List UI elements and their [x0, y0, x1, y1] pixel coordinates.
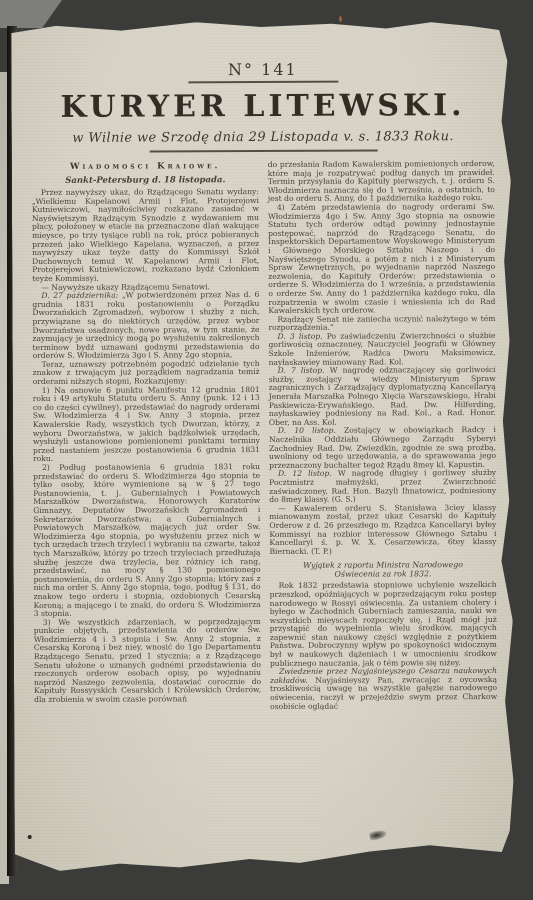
dateline-rule	[149, 149, 377, 152]
paragraph: — Kawalerem orderu S. Stanisława 3ciey k…	[269, 504, 496, 557]
paragraph-text: W nagrodę odznaczającey się gorliwości s…	[269, 365, 496, 427]
ink-dot	[28, 835, 32, 839]
left-column: Wiadomości Kraiowe. Sankt-Petersburg d. …	[32, 161, 261, 705]
issue-number: N° 141	[31, 59, 494, 80]
paragraph: 2) Podług postanowienia 6 grudnia 1831 r…	[33, 463, 261, 619]
issue-number-rule	[188, 81, 338, 84]
paragraph: D. 12 listop. W nagrodę długiey i gorliw…	[269, 469, 496, 504]
paragraph: D. 7 listop. W nagrodę odznaczającey się…	[269, 366, 496, 427]
paragraph: D. 3 listop. Po zaświadczeniu Zwierzchno…	[268, 332, 495, 367]
paragraph: 4) Zatém przedstawienia do nagrody order…	[268, 203, 495, 316]
paragraph: D. 10 listop. Zostający w obowiązkach Ra…	[269, 426, 496, 470]
paragraph: Rok 1832 przedstawia stopniowe uchylenie…	[270, 581, 497, 668]
newspaper-title: KURYER LITEWSKI.	[31, 88, 494, 125]
paragraph: 3) We wszystkich zdarzeniach, w poprzedz…	[34, 618, 261, 705]
report-subheading: Wyjątek z raportu Ministra Narodowego Oś…	[283, 560, 482, 579]
scanned-newspaper-page: { "scan": { "background_color": "#3b3b39…	[0, 0, 533, 900]
text-columns: Wiadomości Kraiowe. Sankt-Petersburg d. …	[32, 160, 497, 712]
paragraph: Przez naywyższy ukaz, do Rządzącego Sena…	[32, 188, 259, 284]
paragraph: D. 27 października: „W potwierdzoném prz…	[32, 291, 259, 361]
place-date-heading: Sankt-Petersburg d. 18 listopada.	[32, 175, 259, 186]
masthead: N° 141 KURYER LITEWSKI. w Wilnie we Srzo…	[31, 59, 494, 153]
section-heading: Wiadomości Kraiowe.	[32, 161, 259, 172]
right-column: do przesłania Radom Kawalerskim pomienio…	[268, 160, 497, 711]
paragraph-text: „W potwierdzoném przez Nas d. 6 grudnia …	[32, 290, 259, 360]
paragraph: Teraz, uznawszy potrzebném pogodzić udzi…	[33, 360, 260, 387]
scanner-corner-patch	[0, 0, 62, 28]
edition-dateline: w Wilnie we Srzodę dnia 29 Listopada v. …	[32, 129, 495, 146]
paragraph: 1) Na osnowie 6 punktu Manifestu 12 grud…	[33, 386, 260, 464]
page-content: N° 141 KURYER LITEWSKI. w Wilnie we Srzo…	[11, 21, 513, 712]
paragraph-continuation: do przesłania Radom Kawalerskim pomienio…	[268, 160, 495, 204]
newspaper-sheet: N° 141 KURYER LITEWSKI. w Wilnie we Srzo…	[11, 21, 514, 879]
ink-smudge	[369, 829, 388, 841]
rust-stain	[339, 16, 342, 22]
paragraph: Zwiedzenie przez Nayjaśnieyszego Cesarza…	[270, 667, 497, 711]
